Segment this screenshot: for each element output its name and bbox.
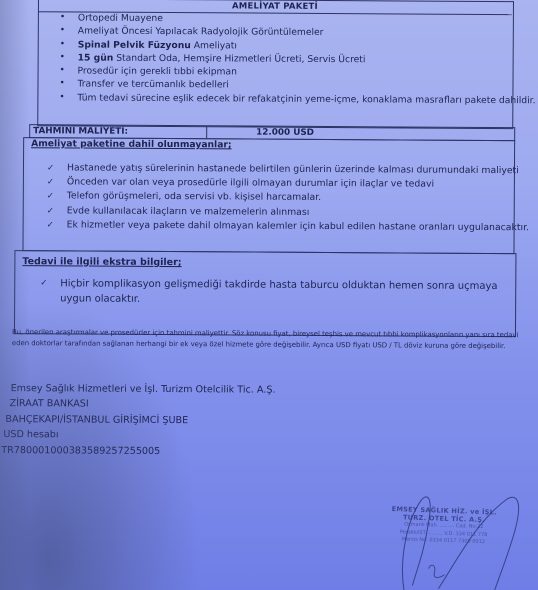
- estimated-cost-label: TAHMİNİ MALİYETİ:: [33, 125, 128, 138]
- account-type: USD hesabı: [1, 427, 275, 444]
- extra-info-list: Hiçbir komplikasyon gelişmediği takdirde…: [40, 276, 520, 309]
- bank-branch: BAHÇEKAPI/İSTANBUL GİRİŞİMCİ ŞUBE: [1, 412, 275, 429]
- package-items-list: Ortopedi Muayene Ameliyat Öncesi Yapılac…: [59, 11, 536, 107]
- exclusions-title: Ameliyat paketine dahil olunmayanlar;: [31, 138, 232, 150]
- iban: TR780001000383589257255005: [1, 443, 275, 460]
- table-divider: [206, 126, 207, 138]
- document-page: AMELİYAT PAKETİ Ortopedi Muayene Ameliya…: [0, 0, 538, 590]
- company-name: Emsey Sağlık Hizmetleri ve İşl. Turizm O…: [2, 381, 276, 398]
- extra-info-item: Hiçbir komplikasyon gelişmediği takdirde…: [40, 276, 520, 309]
- estimated-cost-value: 12.000 USD: [256, 127, 314, 139]
- exclusion-item: Ek hizmetler veya pakete dahil olmayan k…: [47, 218, 529, 235]
- bank-name: ZİRAAT BANKASI: [1, 396, 275, 413]
- signature-icon: [376, 490, 527, 590]
- disclaimer-text: Bu, önerilen araştırmalar ve prosedürler…: [12, 327, 532, 351]
- exclusions-list: Hastanede yatış sürelerinin hastanede be…: [47, 161, 530, 235]
- bank-details: Emsey Sağlık Hizmetleri ve İşl. Turizm O…: [1, 381, 275, 460]
- extra-info-title: Tedavi ile ilgili ekstra bilgiler;: [22, 256, 181, 268]
